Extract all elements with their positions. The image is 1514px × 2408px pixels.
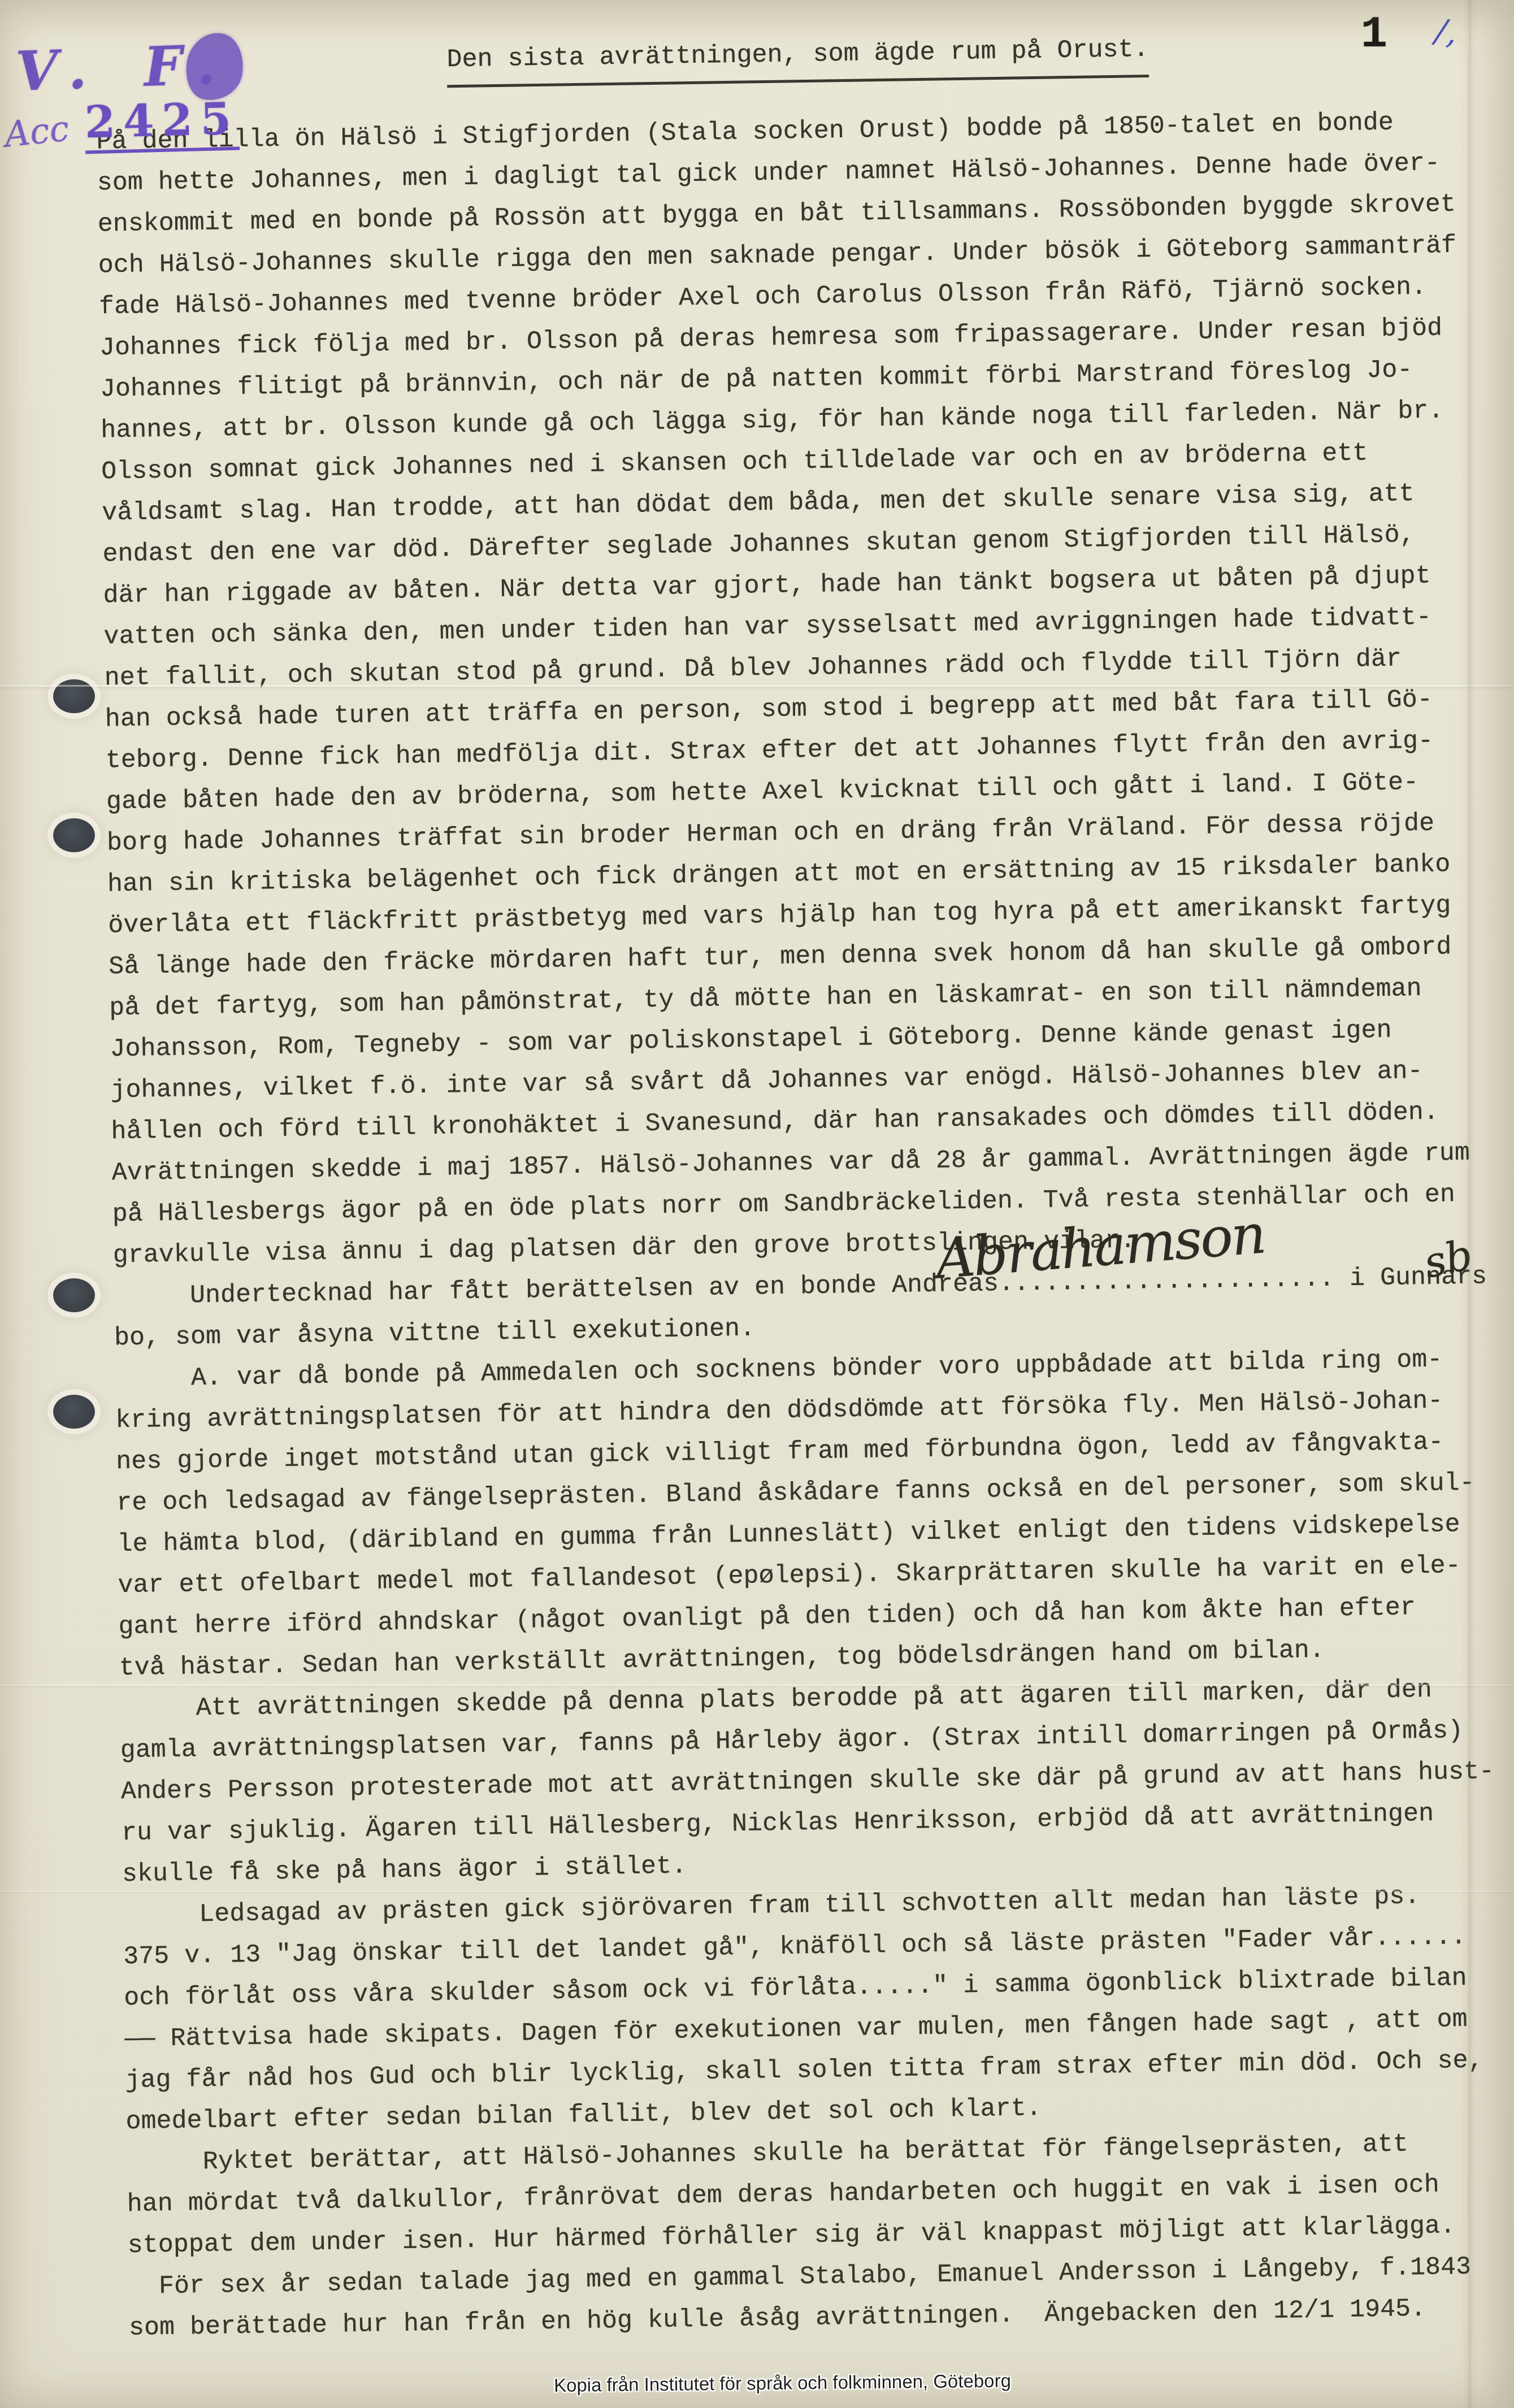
- page-number: 1: [1361, 10, 1387, 60]
- document-body: På den lilla ön Hälsö i Stigfjorden (Sta…: [0, 100, 1514, 2350]
- punch-hole: [53, 1278, 95, 1312]
- handwritten-mark: sb: [1420, 1230, 1477, 1288]
- punch-hole: [53, 679, 95, 713]
- typed-content: Den sista avrättningen, som ägde rum på …: [0, 28, 1514, 2350]
- document-title: Den sista avrättningen, som ägde rum på …: [446, 34, 1149, 88]
- archive-watermark: Kopia från Institutet för språk och folk…: [554, 2370, 1011, 2396]
- pen-corner-mark: /,: [1434, 11, 1459, 52]
- accession-number-stamp: 2425: [84, 93, 240, 154]
- punch-hole: [53, 1395, 95, 1429]
- accession-label-handwriting: Acc: [2, 107, 71, 155]
- punch-hole: [53, 818, 95, 852]
- document-page: Den sista avrättningen, som ägde rum på …: [0, 0, 1514, 2408]
